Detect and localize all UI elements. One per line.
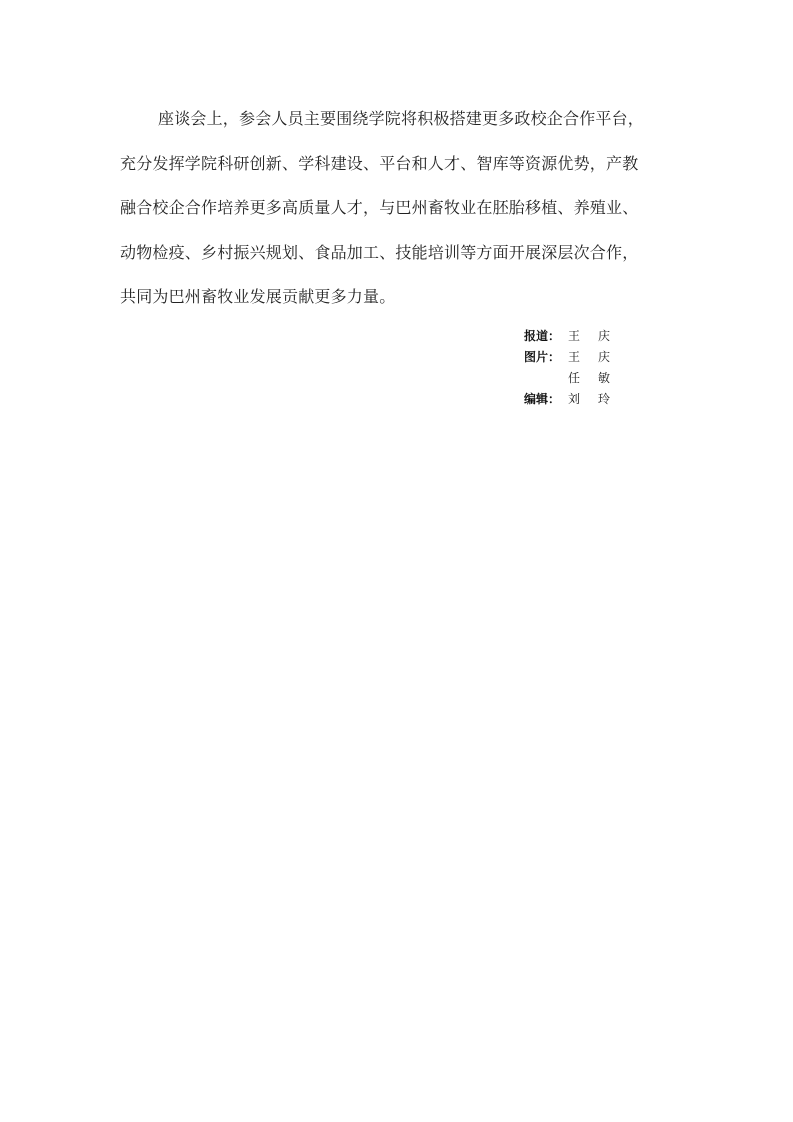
credit-name: 任敏 — [568, 368, 628, 389]
credit-label: 图片： — [524, 347, 568, 368]
paragraph-line: 融合校企合作培养更多高质量人才，与巴州畜牧业在胚胎移植、养殖业、 — [120, 193, 680, 223]
paragraph-line: 动物检疫、乡村振兴规划、食品加工、技能培训等方面开展深层次合作， — [120, 238, 680, 268]
paragraph-line: 充分发挥学院科研创新、学科建设、平台和人才、智库等资源优势，产教 — [120, 149, 680, 179]
credit-reporter: 报道： 王庆 — [524, 326, 628, 347]
credit-photo-2: 任敏 — [524, 368, 628, 389]
credit-label: 报道： — [524, 326, 568, 347]
credit-label — [524, 368, 568, 389]
paragraph-line: 座谈会上，参会人员主要围绕学院将积极搭建更多政校企合作平台， — [120, 104, 680, 134]
credit-editor: 编辑： 刘玲 — [524, 389, 628, 410]
credits-block: 报道： 王庆 图片： 王庆 任敏 编辑： 刘玲 — [524, 326, 628, 410]
credit-photo: 图片： 王庆 — [524, 347, 628, 368]
credit-name: 王庆 — [568, 326, 628, 347]
article-body: 座谈会上，参会人员主要围绕学院将积极搭建更多政校企合作平台， 充分发挥学院科研创… — [120, 104, 680, 327]
credit-label: 编辑： — [524, 389, 568, 410]
credit-name: 王庆 — [568, 347, 628, 368]
paragraph-line: 共同为巴州畜牧业发展贡献更多力量。 — [120, 282, 680, 312]
credit-name: 刘玲 — [568, 389, 628, 410]
